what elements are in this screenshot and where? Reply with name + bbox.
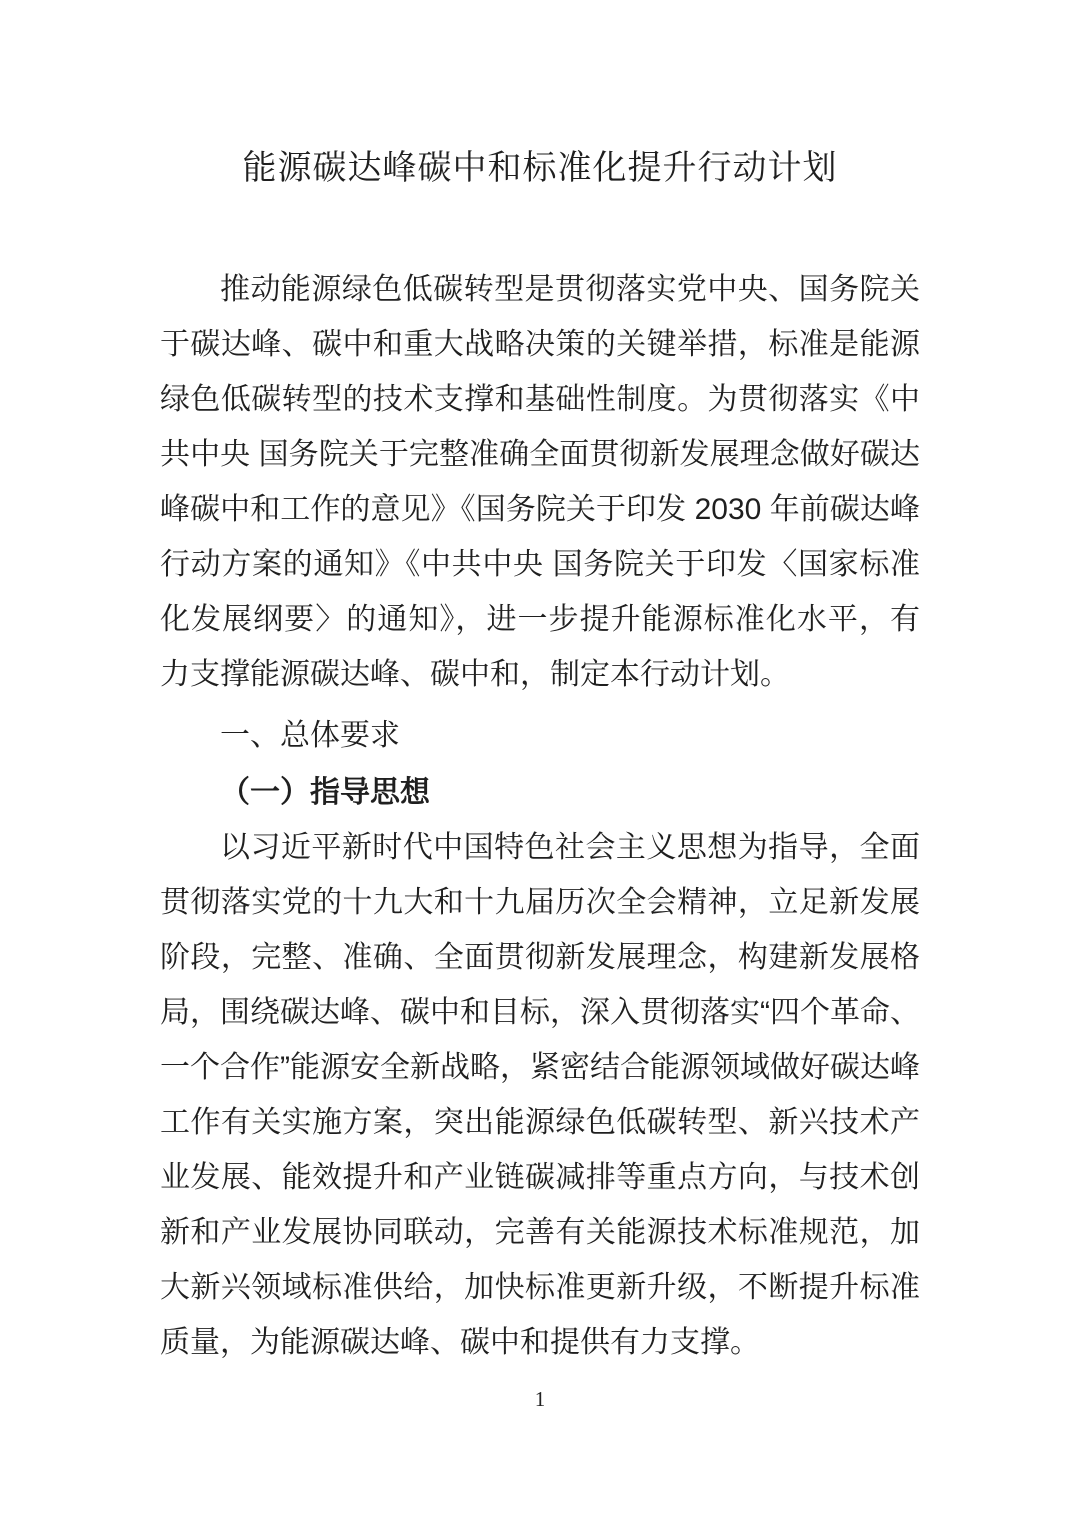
subsection-heading-guiding-ideology: （一）指导思想 (160, 765, 920, 820)
document-title: 能源碳达峰碳中和标准化提升行动计划 (0, 0, 1080, 190)
document-page: 能源碳达峰碳中和标准化提升行动计划 推动能源绿色低碳转型是贯彻落实党中央、国务院… (0, 0, 1080, 1526)
document-body: 推动能源绿色低碳转型是贯彻落实党中央、国务院关于碳达峰、碳中和重大战略决策的关键… (160, 262, 920, 1370)
paragraph-guiding-ideology: 以习近平新时代中国特色社会主义思想为指导，全面贯彻落实党的十九大和十九届历次全会… (160, 820, 920, 1370)
paragraph-intro: 推动能源绿色低碳转型是贯彻落实党中央、国务院关于碳达峰、碳中和重大战略决策的关键… (160, 262, 920, 702)
section-heading-overall-requirements: 一、总体要求 (160, 708, 920, 763)
page-number: 1 (0, 1386, 1080, 1412)
